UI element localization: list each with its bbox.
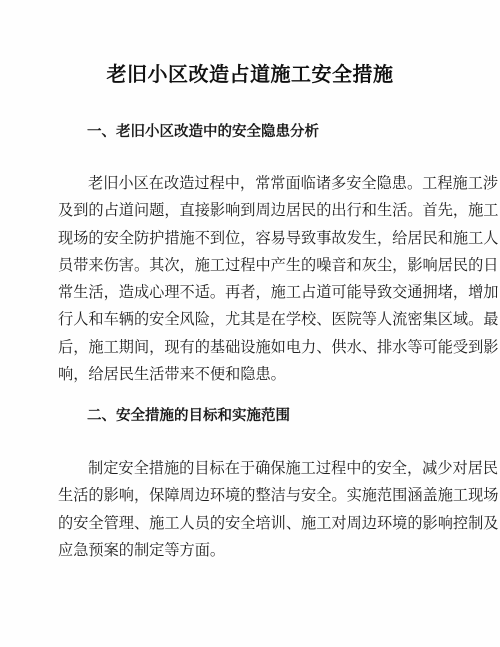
paragraph-line: 响，给居民生活带来不便和隐患。: [58, 361, 440, 388]
paragraph-line: 及到的占道问题，直接影响到周边居民的出行和生活。首先，施工: [58, 197, 440, 224]
paragraph-line: 员带来伤害。其次，施工过程中产生的噪音和灰尘，影响居民的日: [58, 252, 440, 279]
section-1-paragraph: 老旧小区在改造过程中，常常面临诸多安全隐患。工程施工涉 及到的占道问题，直接影响…: [58, 170, 440, 388]
paragraph-line: 现场的安全防护措施不到位，容易导致事故发生，给居民和施工人: [58, 225, 440, 252]
document-page: 老旧小区改造占道施工安全措施 一、老旧小区改造中的安全隐患分析 老旧小区在改造过…: [0, 0, 500, 647]
paragraph-line: 制定安全措施的目标在于确保施工过程中的安全，减少对居民: [58, 455, 440, 482]
section-2-paragraph: 制定安全措施的目标在于确保施工过程中的安全，减少对居民 生活的影响，保障周边环境…: [58, 455, 440, 564]
paragraph-line: 应急预案的制定等方面。: [58, 537, 440, 564]
section-heading-1: 一、老旧小区改造中的安全隐患分析: [87, 120, 319, 141]
paragraph-line: 生活的影响，保障周边环境的整洁与安全。实施范围涵盖施工现场: [58, 482, 440, 509]
paragraph-line: 的安全管理、施工人员的安全培训、施工对周边环境的影响控制及: [58, 510, 440, 537]
paragraph-line: 常生活，造成心理不适。再者，施工占道可能导致交通拥堵，增加: [58, 279, 440, 306]
paragraph-line: 后，施工期间，现有的基础设施如电力、供水、排水等可能受到影: [58, 334, 440, 361]
document-title: 老旧小区改造占道施工安全措施: [0, 58, 500, 87]
section-heading-2: 二、安全措施的目标和实施范围: [87, 404, 290, 425]
paragraph-line: 老旧小区在改造过程中，常常面临诸多安全隐患。工程施工涉: [58, 170, 440, 197]
paragraph-line: 行人和车辆的安全风险，尤其是在学校、医院等人流密集区域。最: [58, 306, 440, 333]
